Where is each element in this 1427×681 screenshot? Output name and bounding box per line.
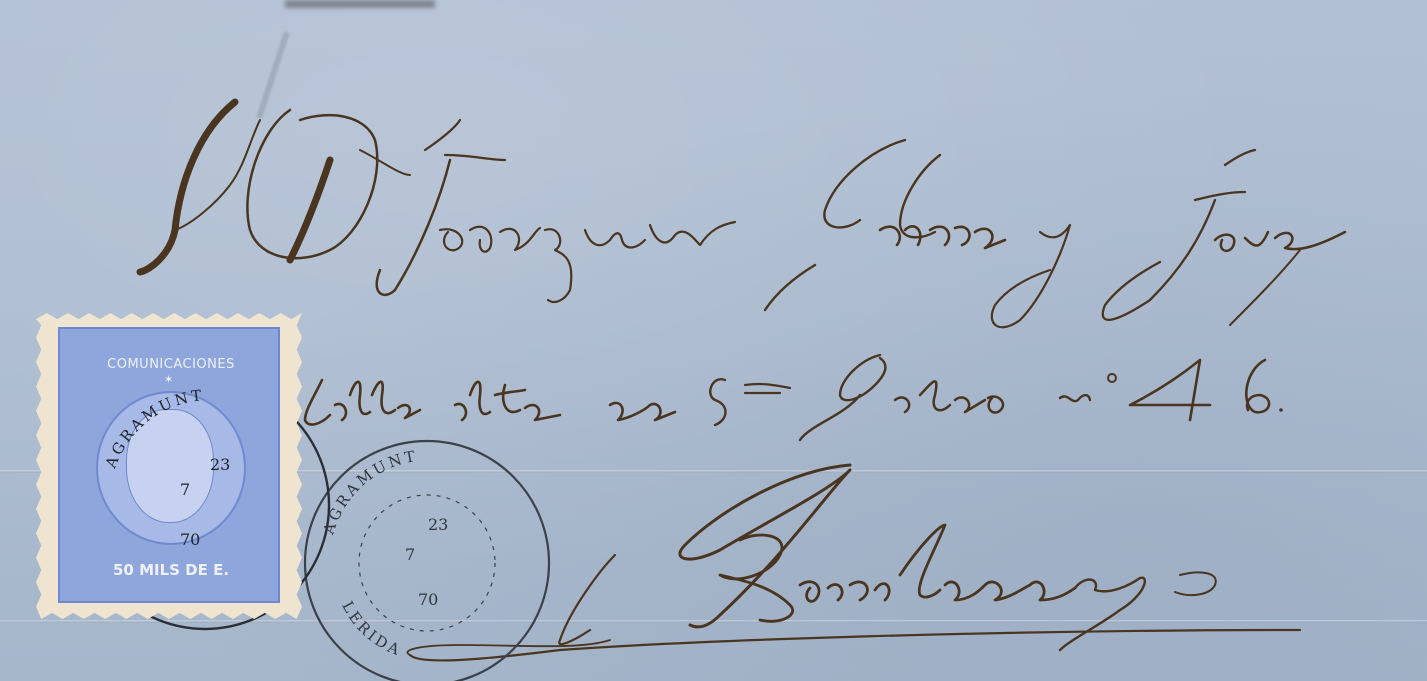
postmark-text-layer: AGRAMUNT LERIDA 23 7 70 AGRAMUNT 23 7 70 xyxy=(0,0,1427,681)
postmark-stamp-town: AGRAMUNT xyxy=(101,386,205,471)
postmark-stamp-year: 70 xyxy=(180,530,200,549)
postmark-stamp-month: 7 xyxy=(180,480,190,499)
postmark-cover-month: 7 xyxy=(405,545,415,564)
postmark-stamp-day: 23 xyxy=(210,455,230,474)
postal-cover: S. D. Joaquin Casas y Jover Calle alta d… xyxy=(0,0,1427,681)
postmark-cover-province: LERIDA xyxy=(338,598,404,660)
postmark-cover-year: 70 xyxy=(418,590,438,609)
postmark-cover-day: 23 xyxy=(428,515,448,534)
postmark-cover-town: AGRAMUNT xyxy=(319,447,419,538)
